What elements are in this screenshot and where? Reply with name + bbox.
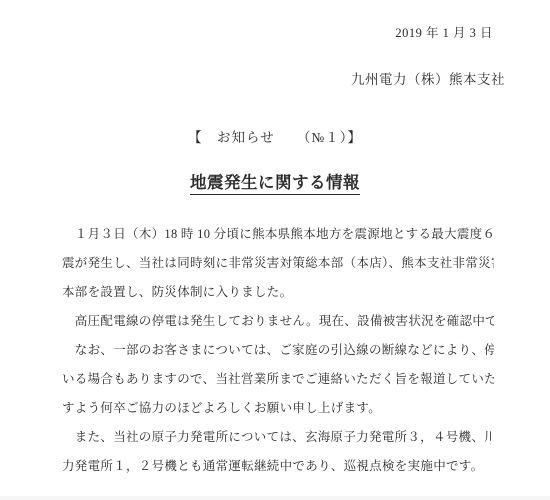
document-date: 2019 年 1 月 3 日 <box>0 26 493 41</box>
notice-heading: 【 お知らせ （№１）】 <box>0 129 550 146</box>
body-line-2: 震が発生し、当社は同時刻に非常災害対策総本部（本店）、熊本支社非常災害対策 <box>62 249 494 278</box>
document-body: １月３日（木）18 時 10 分頃に熊本県熊本地方を震源地とする最大震度６弱の地… <box>62 220 494 481</box>
body-line-1: １月３日（木）18 時 10 分頃に熊本県熊本地方を震源地とする最大震度６弱の地 <box>62 220 494 249</box>
scan-edge-artifact <box>0 496 550 500</box>
page-title: 地震発生に関する情報 <box>0 172 550 193</box>
body-line-9: 力発電所１，２号機とも通常運転継続中であり、巡視点検を実施中です。 <box>62 452 494 481</box>
body-line-3: 本部を設置し、防災体制に入りました。 <box>62 278 494 307</box>
page-title-text: 地震発生に関する情報 <box>190 173 360 195</box>
body-line-6: いる場合もありますので、当社営業所までご連絡いただく旨を報道していただきま <box>62 365 494 394</box>
body-line-5: なお、一部のお客さまについては、ご家庭の引込線の断線などにより、停電して <box>62 336 494 365</box>
document-page: 2019 年 1 月 3 日 九州電力（株）熊本支社 【 お知らせ （№１）】 … <box>0 0 550 500</box>
company-signature: 九州電力（株）熊本支社 <box>0 72 505 88</box>
body-line-7: すよう何卒ご協力のほどよろしくお願い申し上げます。 <box>62 394 494 423</box>
body-line-8: また、当社の原子力発電所については、玄海原子力発電所３，４号機、川内原子 <box>62 423 494 452</box>
body-line-4: 高圧配電線の停電は発生しておりません。現在、設備被害状況を確認中です。 <box>62 307 494 336</box>
